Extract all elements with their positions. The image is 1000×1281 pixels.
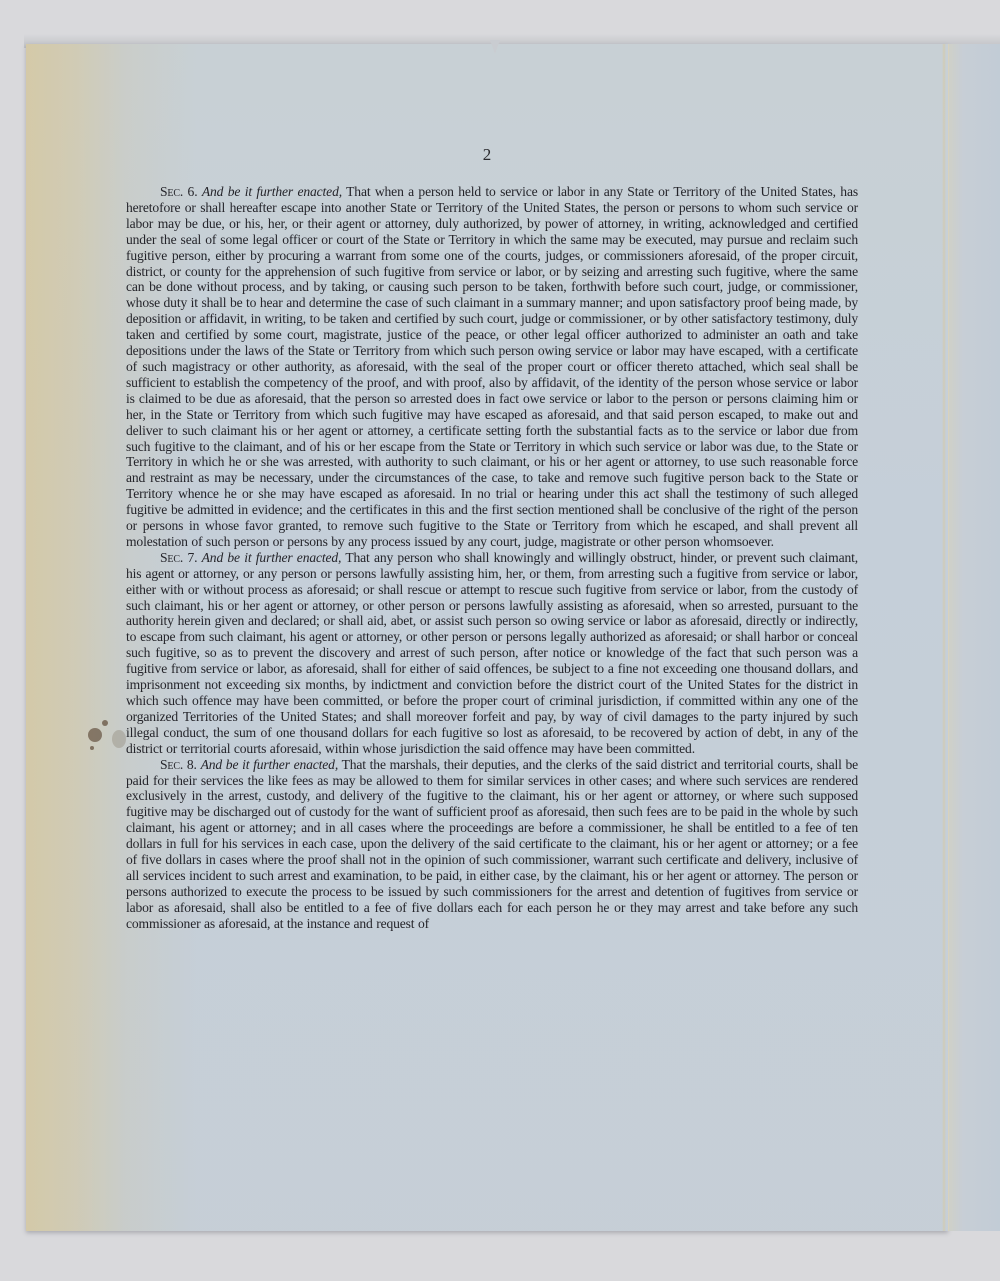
- ink-stain-mark: [82, 720, 122, 760]
- section-text: That any person who shall knowingly and …: [126, 550, 858, 756]
- document-body: Sec. 6. And be it further enacted, That …: [126, 184, 858, 932]
- section-label: Sec. 8.: [160, 757, 197, 772]
- section-7: Sec. 7. And be it further enacted, That …: [126, 550, 858, 757]
- adjacent-page-edge: [948, 44, 1000, 1231]
- section-label: Sec. 6.: [160, 184, 197, 199]
- paper-tear-notch: [490, 40, 500, 54]
- fold-line: [942, 44, 946, 1231]
- enacted-phrase: And be it further enacted,: [202, 184, 342, 199]
- enacted-phrase: And be it further enacted,: [202, 550, 342, 565]
- page-number: 2: [26, 145, 948, 165]
- section-label: Sec. 7.: [160, 550, 197, 565]
- section-6: Sec. 6. And be it further enacted, That …: [126, 184, 858, 550]
- enacted-phrase: And be it further enacted,: [201, 757, 338, 772]
- document-page: 2 Sec. 6. And be it further enacted, Tha…: [26, 44, 948, 1231]
- section-text: That the marshals, their deputies, and t…: [126, 757, 858, 931]
- section-text: That when a person held to service or la…: [126, 184, 858, 549]
- section-8: Sec. 8. And be it further enacted, That …: [126, 757, 858, 932]
